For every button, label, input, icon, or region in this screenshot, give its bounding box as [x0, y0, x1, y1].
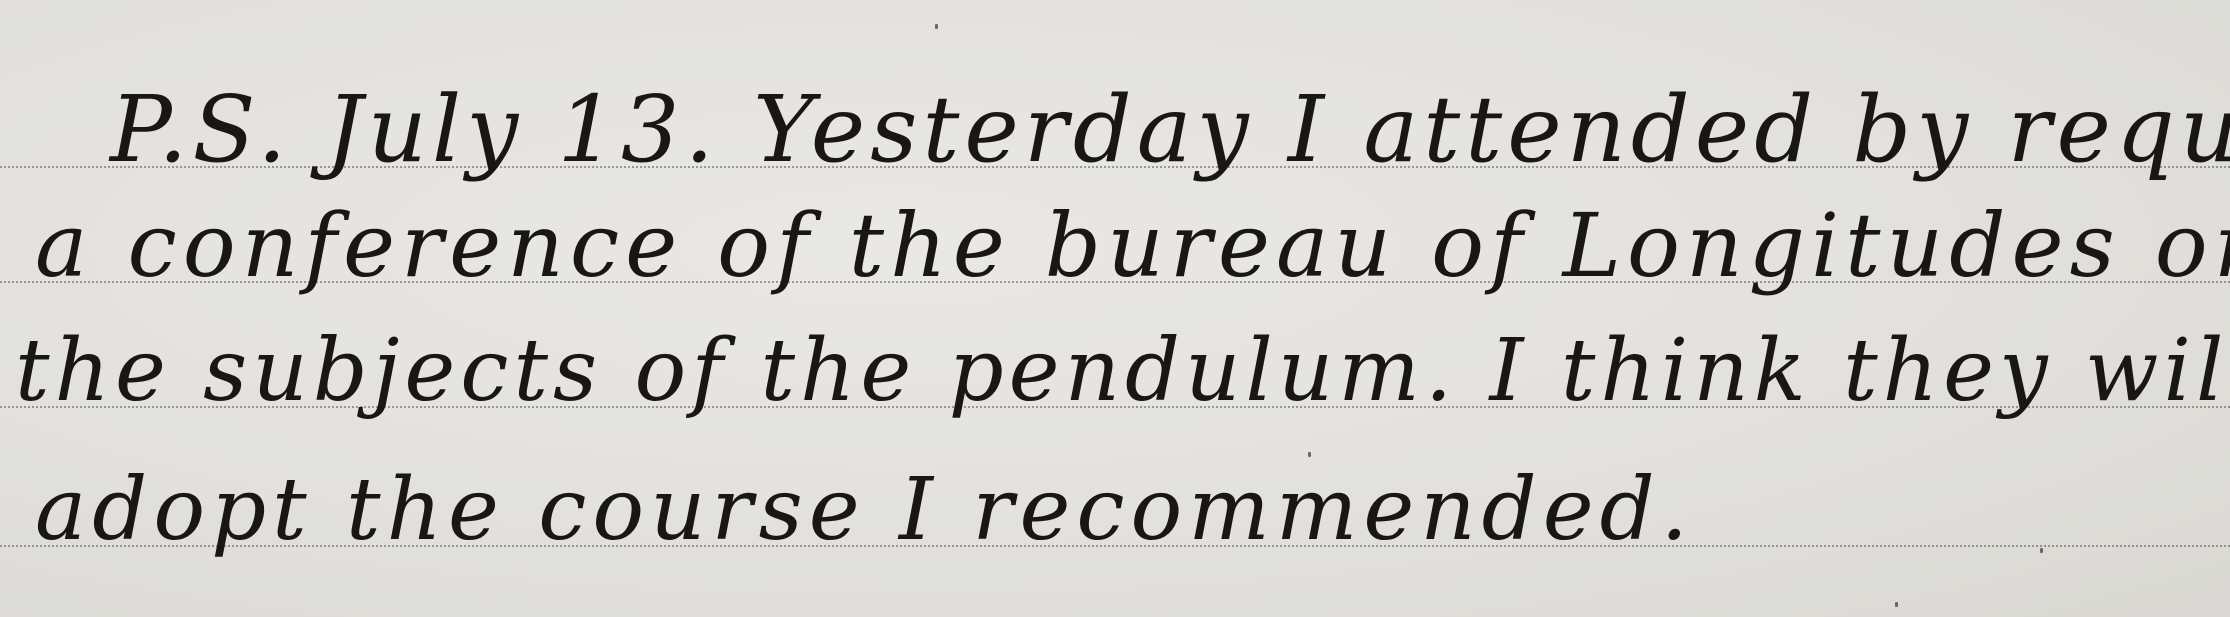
paper-speck — [2040, 548, 2043, 553]
handwritten-page: P.S. July 13. Yesterday I attended by re… — [0, 0, 2230, 617]
paper-speck — [1308, 452, 1311, 457]
handwritten-line-1: P.S. July 13. Yesterday I attended by re… — [110, 84, 2230, 176]
handwritten-line-3: the subjects of the pendulum. I think th… — [15, 328, 2230, 414]
paper-speck — [935, 24, 938, 29]
handwritten-line-2: a conference of the bureau of Longitudes… — [35, 202, 2230, 290]
handwritten-line-4: adopt the course I recommended. — [35, 467, 1694, 553]
paper-speck — [1895, 602, 1898, 607]
